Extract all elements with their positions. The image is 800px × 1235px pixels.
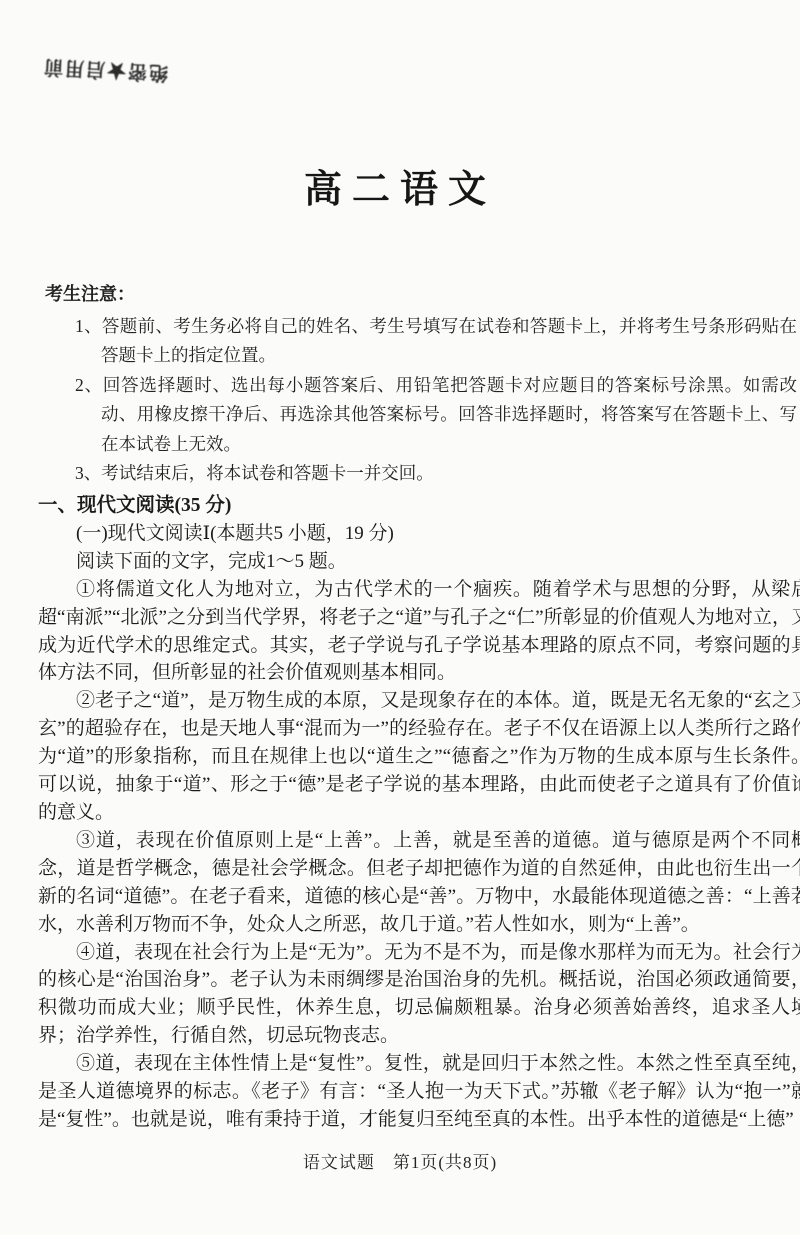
- passage-paragraph: ①将儒道文化人为地对立，为古代学术的一个痼疾。随着学术与思想的分野，从梁启超“南…: [38, 576, 800, 688]
- examinee-notice: 考生注意： 1、答题前、考生务必将自己的姓名、考生号填写在试卷和答题卡上，并将考…: [45, 280, 797, 489]
- passage-paragraph: ④道，表现在社会行为上是“无为”。无为不是不为，而是像水那样为而无为。社会行为的…: [38, 939, 800, 1051]
- passage-paragraph: ②老子之“道”，是万物生成的本原，又是现象存在的本体。道，既是无名无象的“玄之又…: [38, 687, 800, 827]
- exam-body: 一、现代文阅读(35 分) (一)现代文阅读Ⅰ(本题共5 小题，19 分) 阅读…: [38, 492, 800, 1142]
- confidential-watermark: 绝密★启用前: [41, 55, 168, 89]
- passage-paragraph: ③道，表现在价值原则上是“上善”。上善，就是至善的道德。道与德原是两个不同概念，…: [38, 827, 800, 939]
- notice-item: 1、答题前、考生务必将自己的姓名、考生号填写在试卷和答题卡上，并将考生号条形码贴…: [101, 312, 797, 371]
- subsection-heading: (一)现代文阅读Ⅰ(本题共5 小题，19 分): [38, 520, 800, 548]
- passage-paragraph: ⑤道，表现在主体性情上是“复性”。复性，就是回归于本然之性。本然之性至真至纯，是…: [38, 1050, 800, 1134]
- notice-item: 3、考试结束后，将本试卷和答题卡一并交回。: [101, 459, 797, 489]
- exam-paper-page: 绝密★启用前 高二语文 考生注意： 1、答题前、考生务必将自己的姓名、考生号填写…: [0, 0, 800, 1235]
- notice-heading: 考生注意：: [45, 280, 797, 310]
- section-heading: 一、现代文阅读(35 分): [38, 492, 800, 520]
- reading-instruction: 阅读下面的文字，完成1～5 题。: [38, 548, 800, 576]
- page-footer: 语文试题 第1页(共8页): [0, 1148, 800, 1173]
- notice-item: 2、回答选择题时、选出每小题答案后、用铅笔把答题卡对应题目的答案标号涂黑。如需改…: [101, 371, 797, 460]
- exam-title: 高二语文: [0, 158, 800, 213]
